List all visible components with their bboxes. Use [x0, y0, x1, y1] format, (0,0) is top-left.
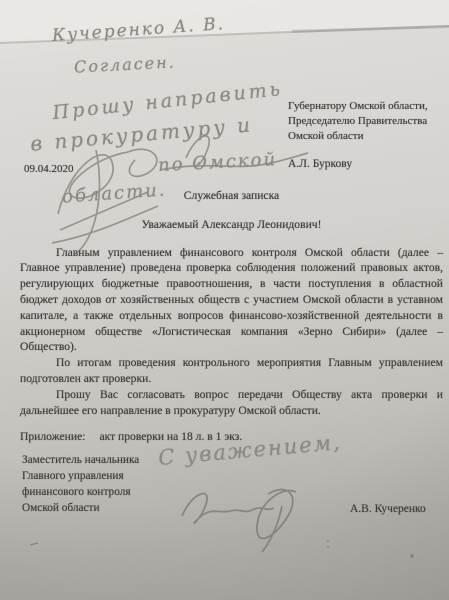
pencil-mark [411, 555, 413, 557]
signer-position-line: Заместитель начальника [22, 452, 139, 468]
signer-name: А.В. Кучеренко [350, 503, 426, 515]
addressee-line: Председателю Правительства [288, 114, 428, 129]
attachment-label: Приложение: [20, 430, 85, 443]
addressee-block: Губернатору Омской области, Председателю… [288, 99, 428, 144]
pencil-marks [30, 540, 413, 557]
signer-position-line: Омской области [22, 500, 139, 516]
signer-position-line: Главного управления [22, 468, 139, 484]
pencil-mark [30, 543, 38, 545]
addressee-line: Омской области [288, 129, 428, 144]
body-paragraph: Прошу Вас согласовать вопрос передачи Об… [20, 387, 443, 419]
memo-photo: Кучеренко А. В. Согласен. Прошу направит… [0, 0, 449, 600]
body-paragraph: По итогам проведения контрольного меропр… [20, 355, 443, 387]
memo-body: Служебная записка Уважаемый Александр Ле… [20, 188, 443, 445]
salutation: Уважаемый Александр Леонидович! [20, 217, 443, 233]
resolution-date: 09.04.2020 [24, 163, 74, 175]
addressee-name: А.Л. Буркову [288, 158, 352, 170]
deputy-signature-scribble [182, 490, 296, 552]
signer-position-line: финансового контроля [22, 484, 139, 500]
body-paragraph: Главным управлением финансового контроля… [20, 245, 443, 356]
addressee-line: Губернатору Омской области, [288, 99, 428, 114]
signer-position-block: Заместитель начальника Главного управлен… [22, 452, 139, 516]
